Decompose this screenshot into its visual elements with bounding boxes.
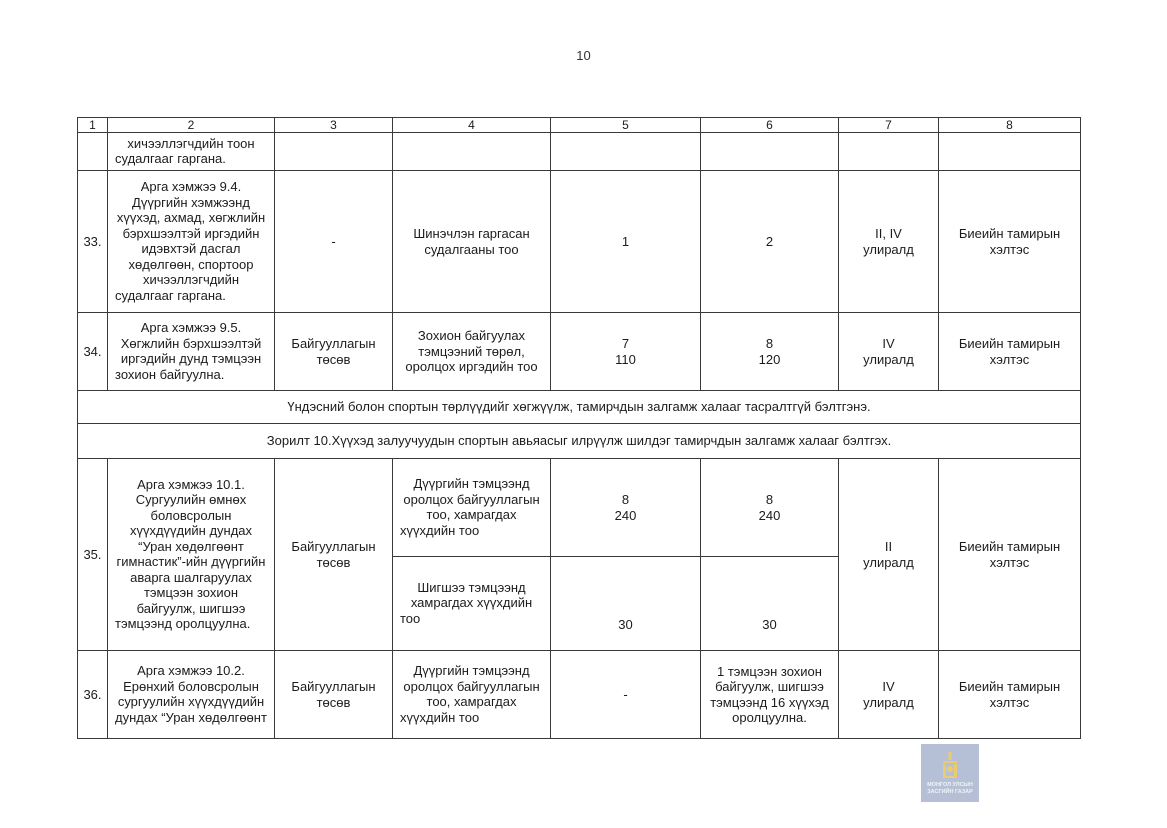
cell-period: II улиралд	[839, 459, 939, 651]
cell-funding: Байгууллагын төсөв	[275, 313, 393, 391]
cell-indicator: Шинэчлэн гаргасан судалгааны тоо	[393, 171, 551, 313]
table-row: 36. Арга хэмжээ 10.2. Ерөнхий боловсролы…	[78, 651, 1081, 739]
table-row: 33. Арга хэмжээ 9.4. Дүүргийн хэмжээнд х…	[78, 171, 1081, 313]
cell-no: 36.	[78, 651, 108, 739]
cell-target: 8 120	[701, 313, 839, 391]
column-header: 4	[393, 118, 551, 133]
cell-baseline: 30	[551, 557, 701, 651]
cell-measure: Арга хэмжээ 9.4. Дүүргийн хэмжээнд хүүхэ…	[108, 171, 275, 313]
table-row: 35. Арга хэмжээ 10.1. Сургуулийн өмнөх б…	[78, 459, 1081, 557]
cell-no: 35.	[78, 459, 108, 651]
cell-funding	[275, 133, 393, 171]
cell-no: 34.	[78, 313, 108, 391]
cell-measure: Арга хэмжээ 9.5. Хөгжлийн бэрхшээлтэй ир…	[108, 313, 275, 391]
table-row-continuation: хичээллэгчдийн тоон судалгааг гаргана.	[78, 133, 1081, 171]
column-header: 6	[701, 118, 839, 133]
column-header: 5	[551, 118, 701, 133]
cell-period: IV улиралд	[839, 313, 939, 391]
section-objective-row: Зорилт 10.Хүүхэд залуучуудын спортын авь…	[78, 424, 1081, 459]
cell-period	[839, 133, 939, 171]
column-header: 1	[78, 118, 108, 133]
government-seal: МОНГОЛ УЛСЫН ЗАСГИЙН ГАЗАР	[921, 744, 979, 802]
cell-responsible: Биеийн тамирын хэлтэс	[939, 313, 1081, 391]
cell-indicator	[393, 133, 551, 171]
cell-target: 2	[701, 171, 839, 313]
column-header-row: 1 2 3 4 5 6 7 8	[78, 118, 1081, 133]
cell-target: 8 240	[701, 459, 839, 557]
column-header: 8	[939, 118, 1081, 133]
cell-indicator: Шигшээ тэмцээнд хамрагдах хүүхдийн тоо	[393, 557, 551, 651]
cell-funding: Байгууллагын төсөв	[275, 651, 393, 739]
column-header: 7	[839, 118, 939, 133]
soyombo-emblem-icon	[941, 752, 959, 778]
column-header: 2	[108, 118, 275, 133]
cell-funding: Байгууллагын төсөв	[275, 459, 393, 651]
cell-no: 33.	[78, 171, 108, 313]
cell-baseline: 7 110	[551, 313, 701, 391]
cell-measure: Арга хэмжээ 10.1. Сургуулийн өмнөх болов…	[108, 459, 275, 651]
cell-baseline: 8 240	[551, 459, 701, 557]
cell-responsible	[939, 133, 1081, 171]
cell-measure: Арга хэмжээ 10.2. Ерөнхий боловсролын су…	[108, 651, 275, 739]
section-goal-row: Үндэсний болон спортын төрлүүдийг хөгжүү…	[78, 391, 1081, 424]
cell-indicator: Зохион байгуулах тэмцээний төрөл, оролцо…	[393, 313, 551, 391]
cell-baseline: -	[551, 651, 701, 739]
cell-baseline	[551, 133, 701, 171]
cell-indicator: Дүүргийн тэмцээнд оролцох байгууллагын т…	[393, 651, 551, 739]
cell-indicator: Дүүргийн тэмцээнд оролцох байгууллагын т…	[393, 459, 551, 557]
cell-target: 30	[701, 557, 839, 651]
cell-no	[78, 133, 108, 171]
cell-target	[701, 133, 839, 171]
cell-responsible: Биеийн тамирын хэлтэс	[939, 651, 1081, 739]
section-objective: Зорилт 10.Хүүхэд залуучуудын спортын авь…	[78, 424, 1081, 459]
cell-responsible: Биеийн тамирын хэлтэс	[939, 171, 1081, 313]
cell-period: II, IV улиралд	[839, 171, 939, 313]
column-header: 3	[275, 118, 393, 133]
action-plan-table: 1 2 3 4 5 6 7 8 хичээллэгчдийн тоон суда…	[77, 117, 1081, 739]
cell-period: IV улиралд	[839, 651, 939, 739]
seal-caption: МОНГОЛ УЛСЫН ЗАСГИЙН ГАЗАР	[921, 782, 979, 796]
table-row: 34. Арга хэмжээ 9.5. Хөгжлийн бэрхшээлтэ…	[78, 313, 1081, 391]
cell-measure: хичээллэгчдийн тоон судалгааг гаргана.	[108, 133, 275, 171]
cell-baseline: 1	[551, 171, 701, 313]
section-goal: Үндэсний болон спортын төрлүүдийг хөгжүү…	[78, 391, 1081, 424]
page-number: 10	[0, 48, 1167, 63]
cell-target: 1 тэмцээн зохион байгуулж, шигшээ тэмцээ…	[701, 651, 839, 739]
cell-responsible: Биеийн тамирын хэлтэс	[939, 459, 1081, 651]
cell-funding: -	[275, 171, 393, 313]
